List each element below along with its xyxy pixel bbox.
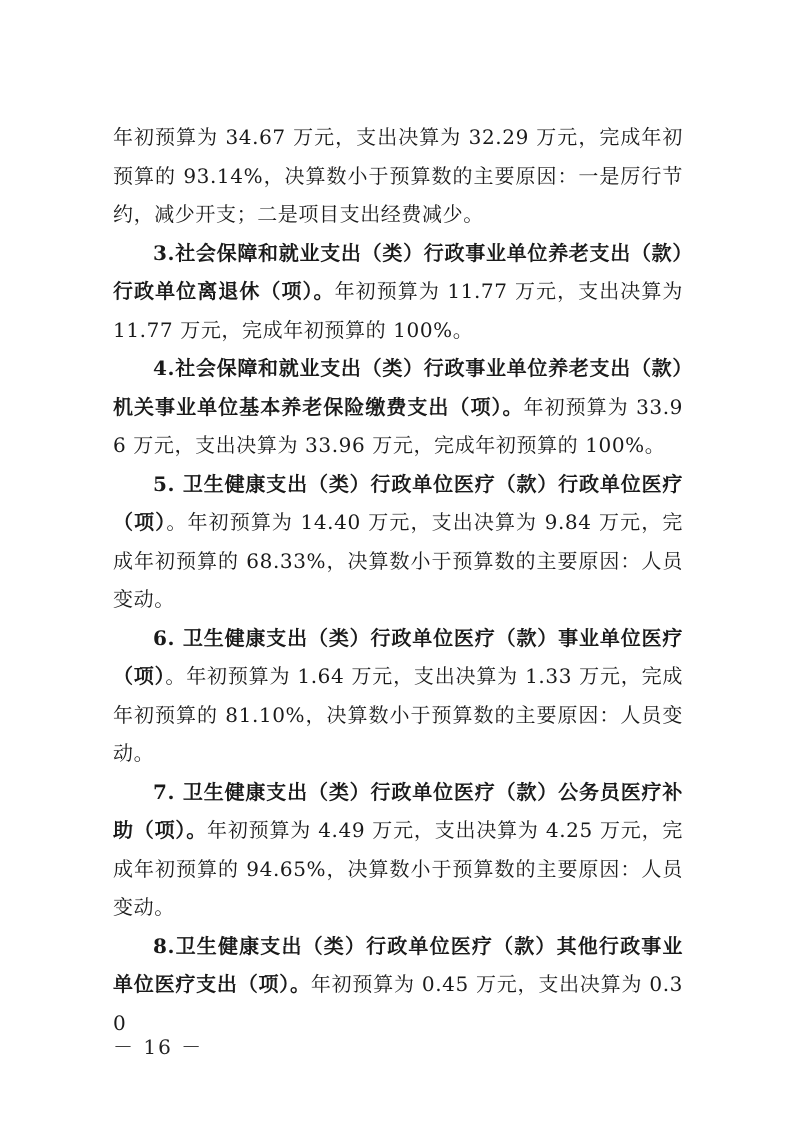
paragraph-item-8: 8.卫生健康支出（类）行政单位医疗（款）其他行政事业单位医疗支出（项）。年初预算… [113,927,683,1043]
paragraph-text: 年初预算为 34.67 万元，支出决算为 32.29 万元，完成年初预算的 93… [113,125,683,226]
paragraph-item-6: 6. 卫生健康支出（类）行政单位医疗（款）事业单位医疗（项）。年初预算为 1.6… [113,619,683,773]
paragraph-item-5: 5. 卫生健康支出（类）行政单位医疗（款）行政单位医疗（项）。年初预算为 14.… [113,465,683,619]
paragraph-text: 。年初预算为 14.40 万元，支出决算为 9.84 万元，完成年初预算的 68… [113,510,683,611]
page-number: － 16 － [113,1031,203,1060]
paragraph-continuation: 年初预算为 34.67 万元，支出决算为 32.29 万元，完成年初预算的 93… [113,118,683,234]
paragraph-item-4: 4.社会保障和就业支出（类）行政事业单位养老支出（款）机关事业单位基本养老保险缴… [113,349,683,465]
paragraph-text: 。年初预算为 1.64 万元，支出决算为 1.33 万元，完成年初预算的 81.… [113,664,683,765]
paragraph-item-3: 3.社会保障和就业支出（类）行政事业单位养老支出（款）行政单位离退休（项）。年初… [113,234,683,350]
document-body: 年初预算为 34.67 万元，支出决算为 32.29 万元，完成年初预算的 93… [113,118,683,1042]
paragraph-item-7: 7. 卫生健康支出（类）行政单位医疗（款）公务员医疗补助（项）。年初预算为 4.… [113,773,683,927]
